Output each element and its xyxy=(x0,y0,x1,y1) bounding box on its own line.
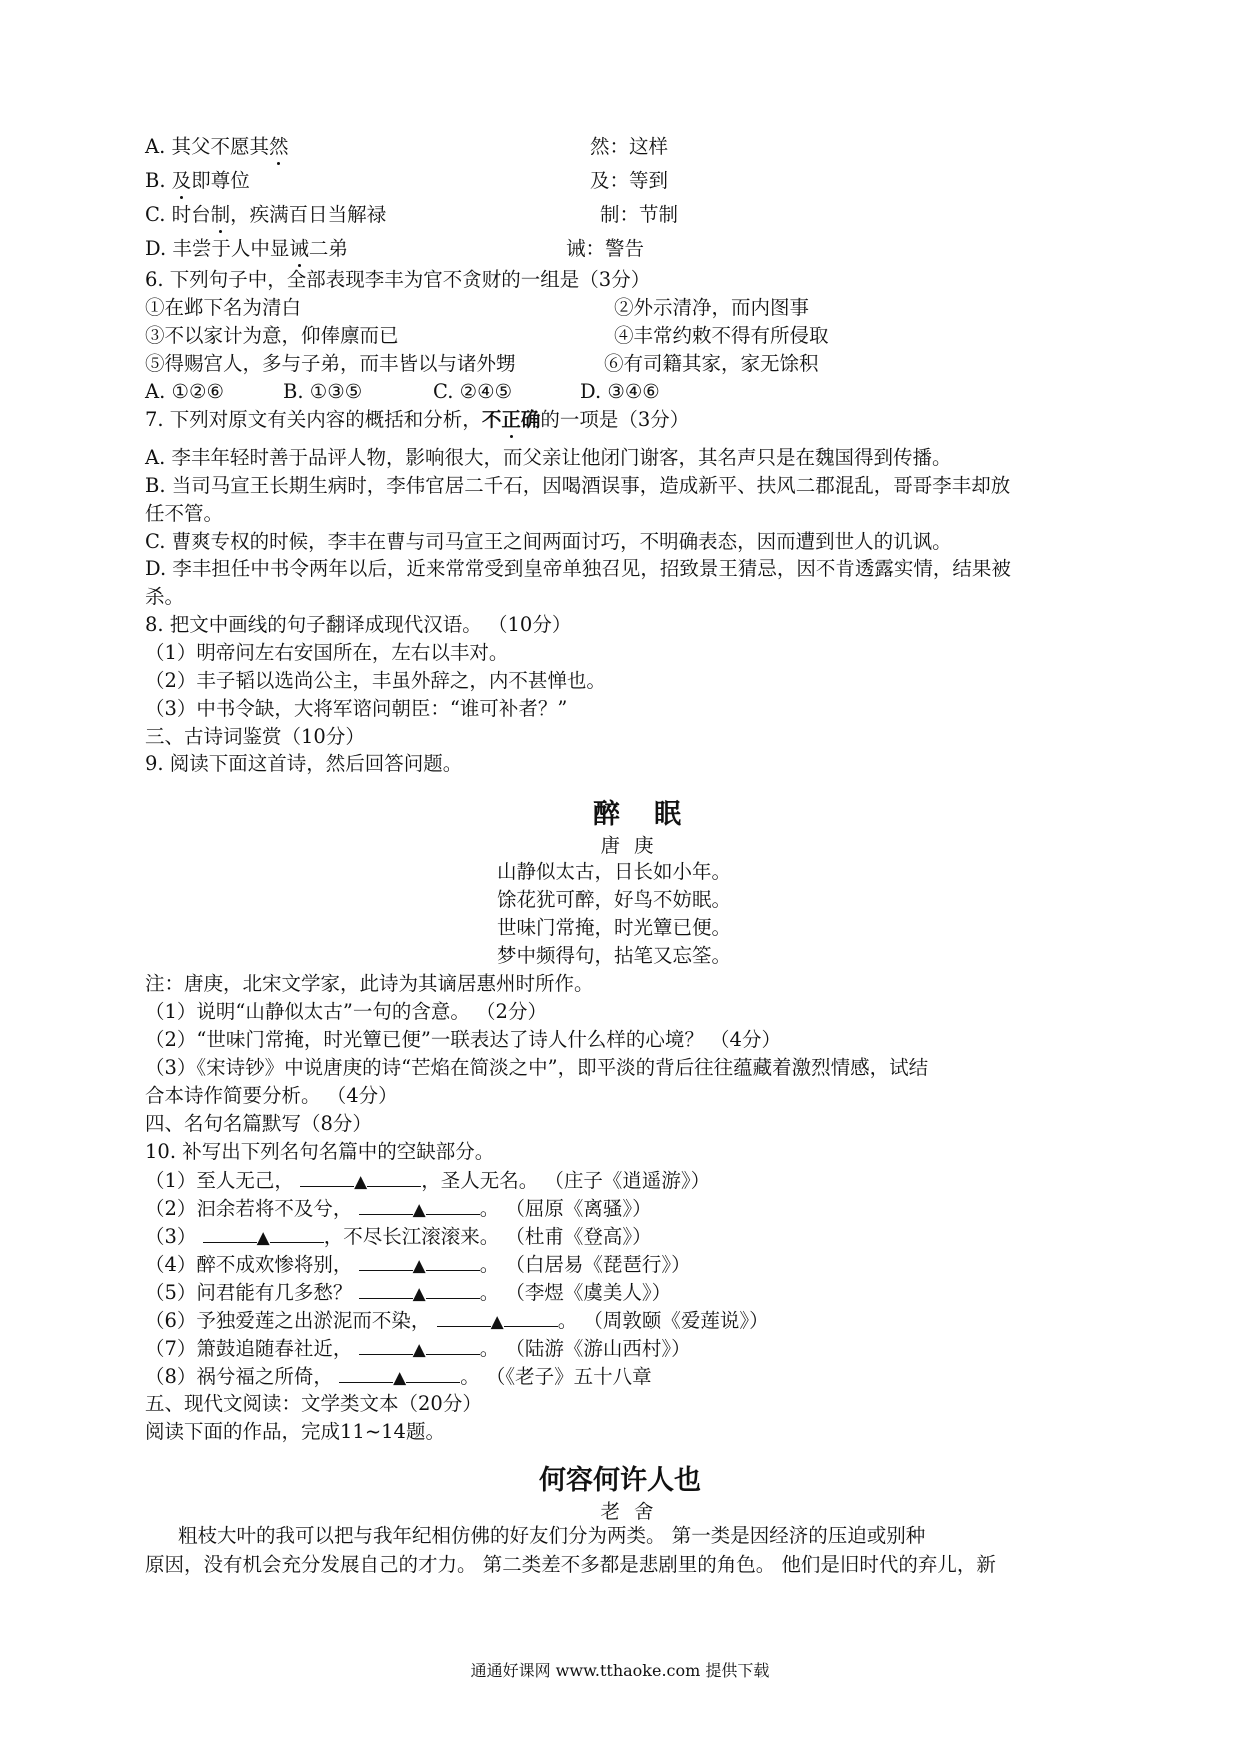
q10-item-1: （1）至人无己， ▲，圣人无名。 （庄子《逍遥游》） xyxy=(145,1168,710,1194)
triangle-marker-icon: ▲ xyxy=(413,1338,426,1362)
answer-blank[interactable] xyxy=(426,1196,480,1215)
option-label: B. xyxy=(145,169,166,192)
item-source: （庄子《逍遥游》） xyxy=(544,1169,710,1192)
reading-intro: 阅读下面的作品，完成11~14题。 xyxy=(145,1420,445,1444)
item-source: （杜甫《登高》） xyxy=(505,1225,651,1248)
option-text: ，疾满百日当解禄 xyxy=(230,203,386,226)
q10-item-3: （3） ▲，不尽长江滚滚来。 （杜甫《登高》） xyxy=(145,1224,652,1250)
dotted-char: 制 xyxy=(211,203,231,227)
exam-page: A. 其父不愿其然 然：这样 B. 及即尊位 及：等到 C. 时台制，疾满百日当… xyxy=(0,0,1240,1754)
item-text: 。 xyxy=(558,1309,578,1332)
triangle-marker-icon: ▲ xyxy=(354,1170,367,1194)
q5-option-b: B. 及即尊位 xyxy=(145,169,250,193)
triangle-marker-icon: ▲ xyxy=(413,1198,426,1222)
item-source: （屈原《离骚》） xyxy=(505,1197,651,1220)
poem-line: 馀花犹可醉，好鸟不妨眠。 xyxy=(497,888,731,912)
item-text: （1）至人无己， xyxy=(145,1169,294,1192)
triangle-marker-icon: ▲ xyxy=(413,1254,426,1278)
q7-option-c: C. 曹爽专权的时候，李丰在曹与司马宣王之间两面讨巧，不明确表态，因而遭到世人的… xyxy=(145,530,952,554)
triangle-marker-icon: ▲ xyxy=(413,1282,426,1306)
answer-blank[interactable] xyxy=(437,1308,491,1327)
option-text: 时台 xyxy=(172,203,211,226)
item-source: （白居易《琵琶行》） xyxy=(505,1253,690,1276)
answer-blank[interactable] xyxy=(426,1252,480,1271)
q7-option-b: B. 当司马宣王长期生病时，李伟官居二千石，因喝酒误事，造成新平、扶风二郡混乱，… xyxy=(145,474,1010,498)
stem-text: 7. 下列对原文有关内容的概括和分析， xyxy=(145,408,482,431)
q7-option-b-cont: 任不管。 xyxy=(145,502,223,526)
answer-blank[interactable] xyxy=(203,1224,257,1243)
poem-author: 唐庚 xyxy=(0,830,1240,858)
item-text: 。 xyxy=(480,1281,500,1304)
answer-blank[interactable] xyxy=(359,1252,413,1271)
page-footer: 通通好课网 www.tthaoke.com 提供下载 xyxy=(0,1658,1240,1681)
q5-gloss-d: 诫：警告 xyxy=(566,237,644,261)
answer-blank[interactable] xyxy=(359,1280,413,1299)
essay-author: 老舍 xyxy=(0,1496,1240,1524)
q6-item-3: ③不以家计为意，仰俸廪而已 xyxy=(145,324,399,348)
option-label: A. xyxy=(145,135,165,158)
q10-item-8: （8）祸兮福之所倚， ▲。 （《老子》五十八章 xyxy=(145,1364,652,1390)
q9-question-3: （3）《宋诗钞》中说唐庚的诗“芒焰在简淡之中”，即平淡的背后往往蕴藏着激烈情感，… xyxy=(145,1056,928,1080)
triangle-marker-icon: ▲ xyxy=(257,1226,270,1250)
item-text: （3） xyxy=(145,1225,196,1248)
q6-stem: 6. 下列句子中，全部表现李丰为官不贪财的一组是（3分） xyxy=(145,268,650,292)
answer-blank[interactable] xyxy=(426,1280,480,1299)
q10-item-7: （7）箫鼓追随春社近， ▲。 （陆游《游山西村》） xyxy=(145,1336,691,1362)
q6-choice-b: B. ①③⑤ xyxy=(283,380,362,404)
item-source: （《老子》五十八章 xyxy=(486,1365,652,1388)
section-4-heading: 四、名句名篇默写（8分） xyxy=(145,1112,372,1136)
q8-item-1: （1）明帝问左右安国所在，左右以丰对。 xyxy=(145,641,508,665)
triangle-marker-icon: ▲ xyxy=(393,1366,406,1390)
q5-option-a: A. 其父不愿其然 xyxy=(145,135,289,159)
q9-question-2: （2）“世味门常掩，时光簟已便”一联表达了诗人什么样的心境？ （4分） xyxy=(145,1028,781,1052)
answer-blank[interactable] xyxy=(426,1336,480,1355)
dotted-char: 然 xyxy=(269,135,289,159)
emphasis-text: 不正确 xyxy=(482,408,541,432)
option-text: 其父不愿其 xyxy=(171,135,269,158)
answer-blank[interactable] xyxy=(270,1224,324,1243)
q10-stem: 10. 补写出下列名句名篇中的空缺部分。 xyxy=(145,1140,494,1164)
q8-stem: 8. 把文中画线的句子翻译成现代汉语。 （10分） xyxy=(145,613,571,637)
q6-item-6: ⑥有司籍其家，家无馀积 xyxy=(604,352,819,376)
item-text: 。 xyxy=(480,1197,500,1220)
option-text: 即尊位 xyxy=(191,169,250,192)
item-text: 。 xyxy=(480,1337,500,1360)
q6-item-2: ②外示清净，而内图事 xyxy=(614,296,809,320)
q6-item-1: ①在邺下名为清白 xyxy=(145,296,301,320)
q10-item-5: （5）问君能有几多愁？ ▲。 （李煜《虞美人》） xyxy=(145,1280,671,1306)
poem-line: 梦中频得句，拈笔又忘筌。 xyxy=(497,944,731,968)
essay-paragraph-line: 粗枝大叶的我可以把与我年纪相仿佛的好友们分为两类。 第一类是因经济的压迫或别种 xyxy=(178,1524,925,1548)
q6-item-5: ⑤得赐宫人，多与子弟，而丰皆以与诸外甥 xyxy=(145,352,516,376)
q6-choice-a: A. ①②⑥ xyxy=(145,380,224,404)
answer-blank[interactable] xyxy=(367,1168,421,1187)
q10-item-2: （2）汩余若将不及兮， ▲。 （屈原《离骚》） xyxy=(145,1196,652,1222)
stem-text: 的一项是（3分） xyxy=(540,408,689,431)
option-label: D. xyxy=(145,237,166,260)
item-text: （7）箫鼓追随春社近， xyxy=(145,1337,352,1360)
item-text: （2）汩余若将不及兮， xyxy=(145,1197,352,1220)
q8-item-3: （3）中书令缺，大将军谘问朝臣：“谁可补者？” xyxy=(145,697,567,721)
q5-option-d: D. 丰尝于人中显诫二弟 xyxy=(145,237,348,261)
q10-item-6: （6）予独爱莲之出淤泥而不染， ▲。 （周敦颐《爱莲说》） xyxy=(145,1308,769,1334)
answer-blank[interactable] xyxy=(359,1336,413,1355)
item-text: （4）醉不成欢惨将别， xyxy=(145,1253,352,1276)
item-source: （周敦颐《爱莲说》） xyxy=(583,1309,768,1332)
option-text: 二弟 xyxy=(309,237,348,260)
poem-line: 山静似太古，日长如小年。 xyxy=(497,860,731,884)
answer-blank[interactable] xyxy=(339,1364,393,1383)
q7-option-d: D. 李丰担任中书令两年以后，近来常常受到皇帝单独召见，招致景王猜忌，因不肯透露… xyxy=(145,557,1011,581)
item-text: 。 xyxy=(480,1253,500,1276)
q6-item-4: ④丰常约敕不得有所侵取 xyxy=(614,324,829,348)
poem-line: 世味门常掩，时光簟已便。 xyxy=(497,916,731,940)
q7-option-a: A. 李丰年轻时善于品评人物，影响很大，而父亲让他闭门谢客，其名声只是在魏国得到… xyxy=(145,446,951,470)
q5-gloss-a: 然：这样 xyxy=(590,135,668,159)
item-source: （李煜《虞美人》） xyxy=(505,1281,671,1304)
q9-stem: 9. 阅读下面这首诗，然后回答问题。 xyxy=(145,752,462,776)
q7-option-d-cont: 杀。 xyxy=(145,585,184,609)
q5-gloss-c: 制：节制 xyxy=(600,203,678,227)
option-label: C. xyxy=(145,203,165,226)
q5-option-c: C. 时台制，疾满百日当解禄 xyxy=(145,203,386,227)
q7-stem: 7. 下列对原文有关内容的概括和分析，不正确的一项是（3分） xyxy=(145,408,689,432)
q9-question-1: （1）说明“山静似太古”一句的含意。 （2分） xyxy=(145,1000,547,1024)
triangle-marker-icon: ▲ xyxy=(491,1310,504,1334)
essay-title: 何容何许人也 xyxy=(0,1458,1240,1497)
item-text: ，不尽长江滚滚来。 xyxy=(324,1225,500,1248)
answer-blank[interactable] xyxy=(406,1364,460,1383)
item-text: 。 xyxy=(460,1365,480,1388)
item-text: （6）予独爱莲之出淤泥而不染， xyxy=(145,1309,430,1332)
item-text: ，圣人无名。 xyxy=(421,1169,538,1192)
q6-choice-d: D. ③④⑥ xyxy=(580,380,660,404)
poem-note: 注：唐庚，北宋文学家，此诗为其谪居惠州时所作。 xyxy=(145,972,594,996)
section-5-heading: 五、现代文阅读：文学类文本（20分） xyxy=(145,1392,482,1416)
q5-gloss-b: 及：等到 xyxy=(590,169,668,193)
essay-paragraph-line: 原因，没有机会充分发展自己的才力。 第二类差不多都是悲剧里的角色。 他们是旧时代… xyxy=(145,1553,996,1577)
dotted-char: 诫 xyxy=(289,237,309,261)
q10-item-4: （4）醉不成欢惨将别， ▲。 （白居易《琵琶行》） xyxy=(145,1252,691,1278)
dotted-char: 及 xyxy=(172,169,192,193)
q6-choice-c: C. ②④⑤ xyxy=(433,380,512,404)
answer-blank[interactable] xyxy=(300,1168,354,1187)
item-text: （5）问君能有几多愁？ xyxy=(145,1281,352,1304)
section-3-heading: 三、古诗词鉴赏（10分） xyxy=(145,725,365,749)
answer-blank[interactable] xyxy=(504,1308,558,1327)
item-source: （陆游《游山西村》） xyxy=(505,1337,690,1360)
answer-blank[interactable] xyxy=(359,1196,413,1215)
q9-question-3-cont: 合本诗作简要分析。 （4分） xyxy=(145,1084,398,1108)
poem-title: 醉眠 xyxy=(0,792,1240,831)
q8-item-2: （2）丰子韬以选尚公主，丰虽外辞之，内不甚惮也。 xyxy=(145,669,606,693)
item-text: （8）祸兮福之所倚， xyxy=(145,1365,333,1388)
option-text: 丰尝于人中显 xyxy=(172,237,289,260)
